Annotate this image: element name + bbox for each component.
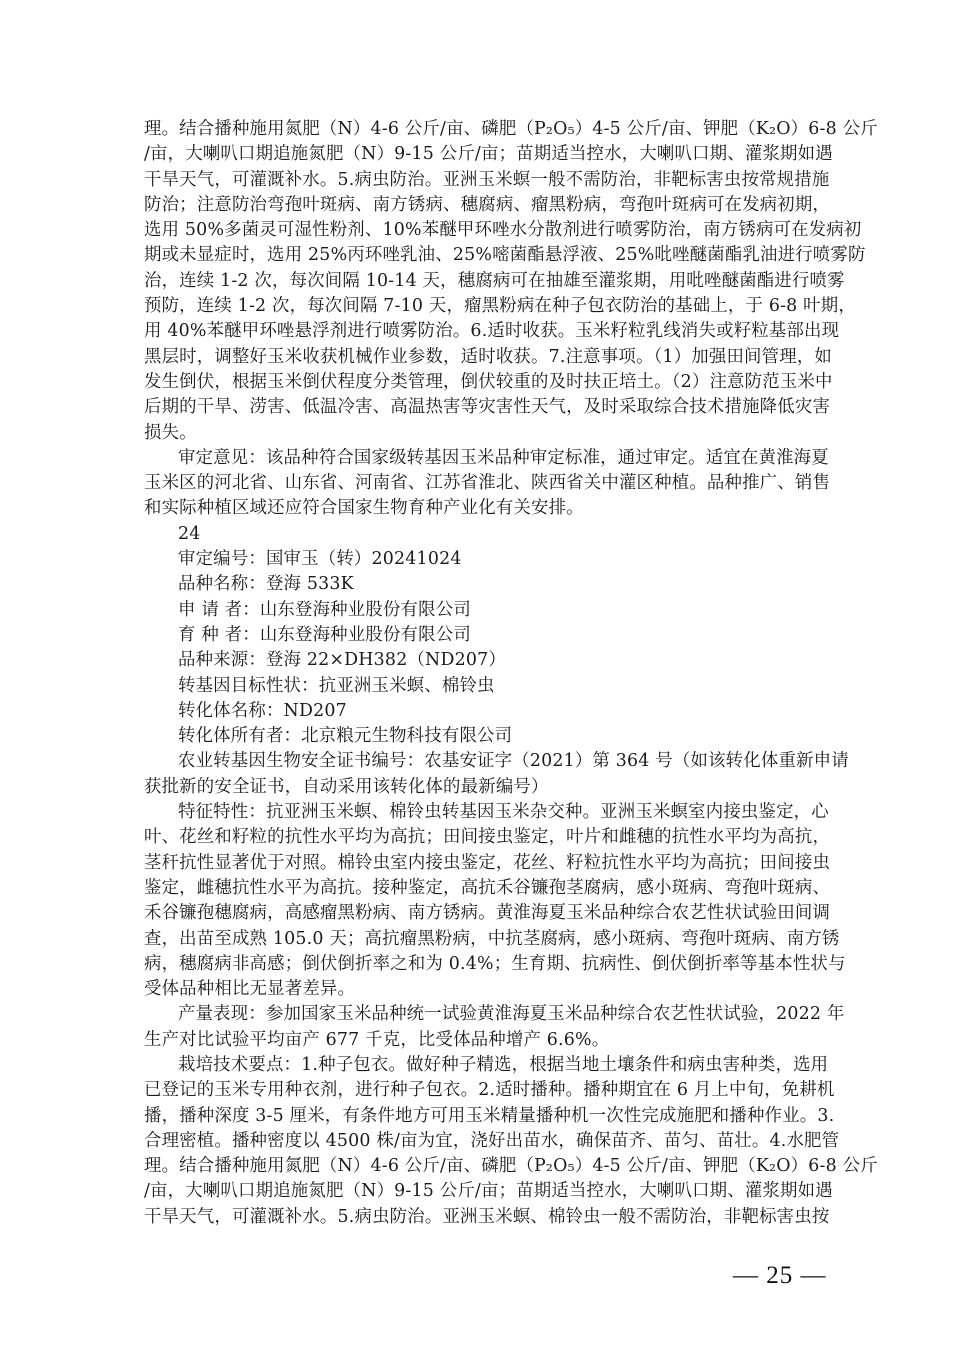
field-event-owner: 转化体所有者：北京粮元生物科技有限公司 [144, 724, 815, 749]
text-line: 农业转基因生物安全证书编号：农基安证字（2021）第 364 号（如该转化体重新… [144, 749, 815, 774]
text-line: /亩，大喇叭口期追施氮肥（N）9-15 公斤/亩；苗期适当控水，大喇叭口期、灌浆… [144, 142, 815, 167]
text-line: 合理密植。播种密度以 4500 株/亩为宜，浇好出苗水，确保苗齐、苗匀、苗壮。4… [144, 1129, 815, 1154]
field-variety-name: 品种名称：登海 533K [144, 572, 815, 597]
variety-fields: 审定编号：国审玉（转）20241024 品种名称：登海 533K 申 请 者：山… [144, 547, 815, 749]
text-line: 干旱天气，可灌溉补水。5.病虫防治。亚洲玉米螟、棉铃虫一般不需防治，非靶标害虫按 [144, 1205, 815, 1230]
paragraph-continuation: 理。结合播种施用氮肥（N）4-6 公斤/亩、磷肥（P₂O₅）4-5 公斤/亩、钾… [144, 117, 815, 446]
text-line: 禾谷镰孢穗腐病，高感瘤黑粉病、南方锈病。黄淮海夏玉米品种综合农艺性状试验田间调 [144, 901, 815, 926]
characteristics-paragraph: 特征特性：抗亚洲玉米螟、棉铃虫转基因玉米杂交种。亚洲玉米螟室内接虫鉴定，心 叶、… [144, 800, 815, 1002]
text-line: 茎秆抗性显著优于对照。棉铃虫室内接虫鉴定，花丝、籽粒抗性水平均为高抗；田间接虫 [144, 851, 815, 876]
text-line: 损失。 [144, 421, 815, 446]
text-line: 防治；注意防治弯孢叶斑病、南方锈病、穗腐病、瘤黑粉病，弯孢叶斑病可在发病初期， [144, 193, 815, 218]
text-line: 受体品种相比无显著差异。 [144, 977, 815, 1002]
text-line: 栽培技术要点：1.种子包衣。做好种子精选，根据当地土壤条件和病虫害种类，选用 [144, 1053, 815, 1078]
text-line: 已登记的玉米专用种衣剂，进行种子包衣。2.适时播种。播种期宜在 6 月上中旬，免… [144, 1078, 815, 1103]
text-line: 理。结合播种施用氮肥（N）4-6 公斤/亩、磷肥（P₂O₅）4-5 公斤/亩、钾… [144, 117, 815, 142]
safety-certificate-paragraph: 农业转基因生物安全证书编号：农基安证字（2021）第 364 号（如该转化体重新… [144, 749, 815, 800]
yield-paragraph: 产量表现：参加国家玉米品种统一试验黄淮海夏玉米品种综合农艺性状试验，2022 年… [144, 1002, 815, 1053]
field-event-name: 转化体名称：ND207 [144, 699, 815, 724]
document-page: 理。结合播种施用氮肥（N）4-6 公斤/亩、磷肥（P₂O₅）4-5 公斤/亩、钾… [144, 117, 815, 1230]
text-line: 选用 50%多菌灵可湿性粉剂、10%苯醚甲环唑水分散剂进行喷雾防治，南方锈病可在… [144, 218, 815, 243]
text-line: 预防，连续 1-2 次，每次间隔 7-10 天，瘤黑粉病在种子包衣防治的基础上，… [144, 294, 815, 319]
text-line: 黑层时，调整好玉米收获机械作业参数，适时收获。7.注意事项。（1）加强田间管理，… [144, 345, 815, 370]
text-line: 叶、花丝和籽粒的抗性水平均为高抗；田间接虫鉴定，叶片和雌穗的抗性水平均为高抗， [144, 825, 815, 850]
text-line: 发生倒伏，根据玉米倒伏程度分类管理，倒伏较重的及时扶正培土。（2）注意防范玉米中 [144, 370, 815, 395]
text-line: 生产对比试验平均亩产 677 千克，比受体品种增产 6.6%。 [144, 1028, 815, 1053]
page-number: — 25 — [733, 1262, 827, 1290]
field-applicant: 申 请 者：山东登海种业股份有限公司 [144, 598, 815, 623]
field-variety-source: 品种来源：登海 22×DH382（ND207） [144, 648, 815, 673]
text-line: 用 40%苯醚甲环唑悬浮剂进行喷雾防治。6.适时收获。玉米籽粒乳线消失或籽粒基部… [144, 319, 815, 344]
text-line: 干旱天气，可灌溉补水。5.病虫防治。亚洲玉米螟一般不需防治，非靶标害虫按常规措施 [144, 168, 815, 193]
text-line: 治，连续 1-2 次，每次间隔 10-14 天，穗腐病可在抽雄至灌浆期，用吡唑醚… [144, 269, 815, 294]
text-line: 鉴定，雌穗抗性水平为高抗。接种鉴定，高抗禾谷镰孢茎腐病，感小斑病、弯孢叶斑病、 [144, 876, 815, 901]
approval-opinion-paragraph: 审定意见：该品种符合国家级转基因玉米品种审定标准，通过审定。适宜在黄淮海夏 玉米… [144, 446, 815, 522]
text-line: 和实际种植区域还应符合国家生物育种产业化有关安排。 [144, 496, 815, 521]
text-line: 产量表现：参加国家玉米品种统一试验黄淮海夏玉米品种综合农艺性状试验，2022 年 [144, 1002, 815, 1027]
text-line: 播，播种深度 3-5 厘米，有条件地方可用玉米精量播种机一次性完成施肥和播种作业… [144, 1104, 815, 1129]
text-line: 理。结合播种施用氮肥（N）4-6 公斤/亩、磷肥（P₂O₅）4-5 公斤/亩、钾… [144, 1154, 815, 1179]
entry-number: 24 [144, 522, 815, 547]
text-line: 审定意见：该品种符合国家级转基因玉米品种审定标准，通过审定。适宜在黄淮海夏 [144, 446, 815, 471]
text-line: 病，穗腐病非高感；倒伏倒折率之和为 0.4%；生育期、抗病性、倒伏倒折率等基本性… [144, 952, 815, 977]
text-line: 特征特性：抗亚洲玉米螟、棉铃虫转基因玉米杂交种。亚洲玉米螟室内接虫鉴定，心 [144, 800, 815, 825]
text-line: 期或未显症时，选用 25%丙环唑乳油、25%嘧菌酯悬浮液、25%吡唑醚菌酯乳油进… [144, 243, 815, 268]
text-line: /亩，大喇叭口期追施氮肥（N）9-15 公斤/亩；苗期适当控水，大喇叭口期、灌浆… [144, 1179, 815, 1204]
field-target-trait: 转基因目标性状：抗亚洲玉米螟、棉铃虫 [144, 674, 815, 699]
field-breeder: 育 种 者：山东登海种业股份有限公司 [144, 623, 815, 648]
text-line: 查，出苗至成熟 105.0 天；高抗瘤黑粉病，中抗茎腐病，感小斑病、弯孢叶斑病、… [144, 927, 815, 952]
field-approval-number: 审定编号：国审玉（转）20241024 [144, 547, 815, 572]
text-line: 后期的干旱、涝害、低温冷害、高温热害等灾害性天气，及时采取综合技术措施降低灾害 [144, 395, 815, 420]
text-line: 玉米区的河北省、山东省、河南省、江苏省淮北、陕西省关中灌区种植。品种推广、销售 [144, 471, 815, 496]
text-line: 获批新的安全证书，自动采用该转化体的最新编号） [144, 775, 815, 800]
cultivation-paragraph: 栽培技术要点：1.种子包衣。做好种子精选，根据当地土壤条件和病虫害种类，选用 已… [144, 1053, 815, 1230]
